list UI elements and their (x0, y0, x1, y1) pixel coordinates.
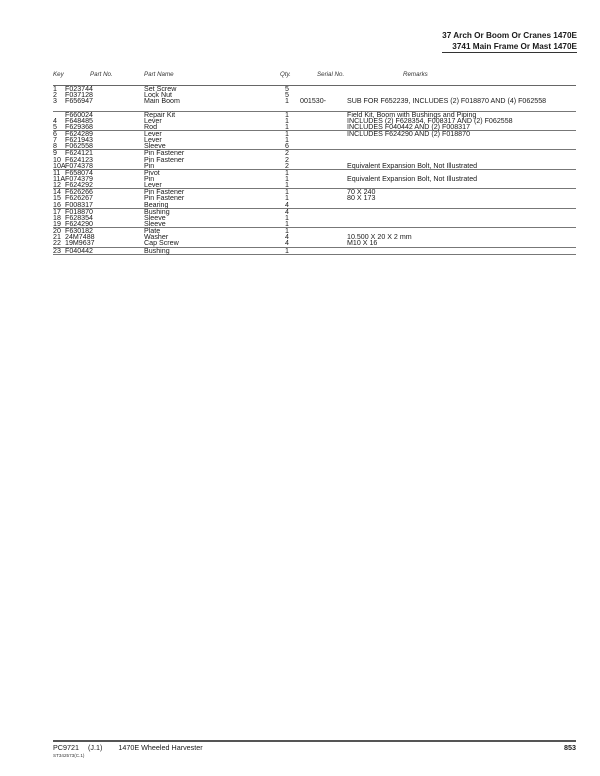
part-name-cell: Main Boom (144, 98, 180, 104)
section-subtitle: 3741 Main Frame Or Mast 1470E (442, 41, 577, 53)
row-group: 9F624121Pin Fastener210F624123Pin Fasten… (53, 150, 576, 169)
part-number-cell: F040442 (65, 248, 93, 254)
row-group: 6F624289Lever1INCLUDES F624290 AND (2) F… (53, 131, 576, 150)
part-number-cell: 19M9637 (65, 240, 95, 246)
quantity-cell: 2 (285, 163, 289, 169)
column-header-qty: Qty. (280, 71, 291, 78)
table-row: 12F624292Lever1 (53, 182, 576, 188)
table-row: 2219M9637Cap Screw4M10 X 16 (53, 240, 576, 246)
serial-number-cell: 001530- (300, 98, 326, 104)
key-cell: 3 (53, 98, 57, 104)
quantity-cell: 1 (285, 98, 289, 104)
catalog-version: (J.1) (88, 743, 102, 752)
key-cell: 10A (53, 163, 66, 169)
row-group: 17F018870Bushing418F628354Sleeve119F6242… (53, 209, 576, 228)
catalog-code: PC9721 (53, 743, 79, 752)
table-row: 8F062558Sleeve6 (53, 143, 576, 149)
part-name-cell: Pin (144, 163, 154, 169)
parts-table-body: 1F023744Set Screw52F037128Lock Nut53F656… (53, 86, 576, 255)
table-row: 5F629368Rod1INCLUDES F040442 AND (2) F00… (53, 124, 576, 130)
part-number-cell: F008317 (65, 202, 93, 208)
footer-info: PC9721 (J.1) 1470E Wheeled Harvester (53, 743, 203, 752)
part-name-cell: Cap Screw (144, 240, 179, 246)
table-row: 19F624290Sleeve1 (53, 221, 576, 227)
row-group: 14F626266Pin Fastener170 X 24015F626267P… (53, 189, 576, 208)
quantity-cell: 1 (285, 248, 289, 254)
column-header-key: Key (53, 71, 64, 78)
column-header-serial-no: Serial No. (317, 71, 344, 78)
key-cell: 23 (53, 248, 61, 254)
footer-divider (53, 740, 576, 742)
row-group: 1F023744Set Screw52F037128Lock Nut53F656… (53, 86, 576, 112)
remarks-cell: SUB FOR F652239, INCLUDES (2) F018870 AN… (347, 98, 573, 104)
row-group: 23F040442Bushing1 (53, 248, 576, 255)
column-header-part-no: Part No. (90, 71, 113, 78)
row-group: 11F658074Pivot111AF074379Pin1Equivalent … (53, 170, 576, 189)
part-number-cell: F074378 (65, 163, 93, 169)
quantity-cell: 4 (285, 240, 289, 246)
remarks-cell: Equivalent Expansion Bolt, Not Illustrat… (347, 163, 477, 169)
part-number-cell: F656947 (65, 98, 93, 104)
document-id: ST342573(C.1) (53, 753, 84, 758)
row-group: 20F630182Plate12124M7488Washer410.500 X … (53, 228, 576, 247)
part-name-cell: Bearing (144, 202, 168, 208)
table-row: 16F008317Bearing4 (53, 202, 576, 208)
machine-name: 1470E Wheeled Harvester (118, 743, 202, 752)
row-group: F660024Repair Kit1Field Kit, Boom with B… (53, 112, 576, 131)
page-header: 37 Arch Or Boom Or Cranes 1470E 3741 Mai… (442, 30, 577, 53)
page-number: 853 (564, 743, 576, 752)
key-cell: 16 (53, 202, 61, 208)
key-cell: 22 (53, 240, 61, 246)
table-row: 10AF074378Pin2Equivalent Expansion Bolt,… (53, 163, 576, 169)
part-name-cell: Bushing (144, 248, 170, 254)
table-row: 3F656947Main Boom1001530-SUB FOR F652239… (53, 98, 576, 110)
column-header-part-name: Part Name (144, 71, 174, 78)
column-header-remarks: Remarks (403, 71, 428, 78)
section-title: 37 Arch Or Boom Or Cranes 1470E (442, 30, 577, 41)
remarks-cell: M10 X 16 (347, 240, 377, 246)
quantity-cell: 4 (285, 202, 289, 208)
table-row: 23F040442Bushing1 (53, 248, 576, 254)
